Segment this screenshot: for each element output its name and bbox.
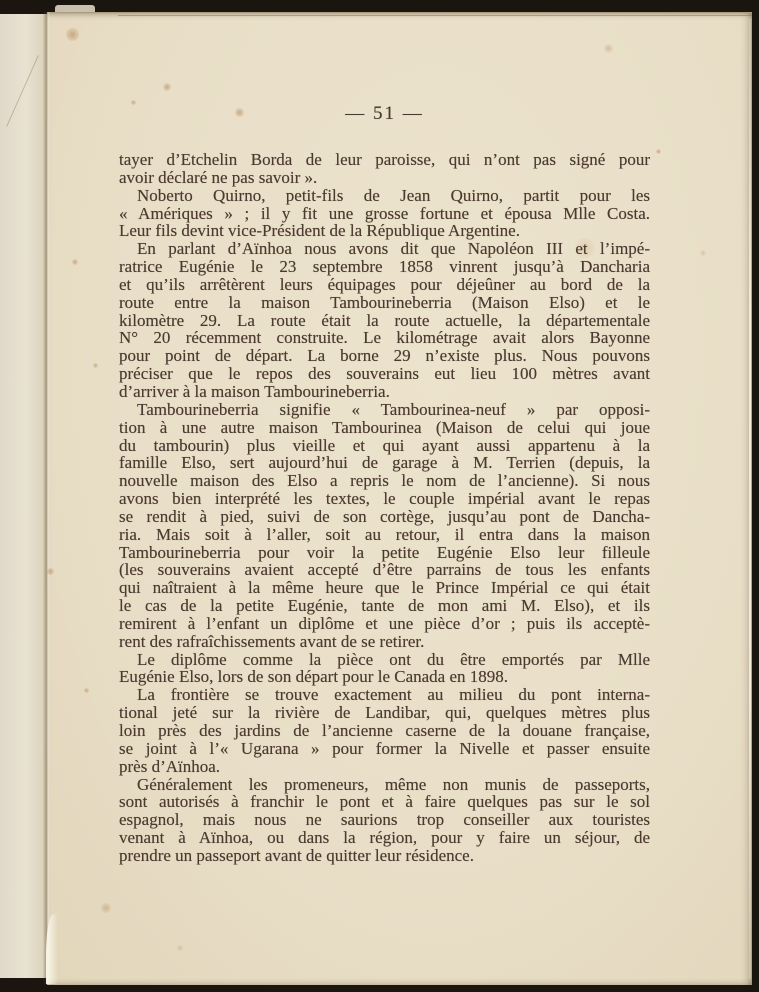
text-line: tayer d’Etchelin Borda de leur paroisse,…: [119, 151, 650, 169]
text-line: venant à Aïnhoa, ou dans la région, pour…: [119, 829, 650, 847]
text-line: Tambourineberria signifie « Tambourinea-…: [119, 401, 650, 419]
text-line: Leur fils devint vice-Président de la Ré…: [119, 222, 650, 240]
text-line: Noberto Quirno, petit-fils de Jean Quirn…: [119, 187, 650, 205]
paragraph: tayer d’Etchelin Borda de leur paroisse,…: [119, 151, 650, 187]
text-line: tional jeté sur la rivière de Landibar, …: [119, 704, 650, 722]
text-line: pour point de départ. La borne 29 n’exis…: [119, 347, 650, 365]
text-line: rent des rafraîchissements avant de se r…: [119, 633, 650, 651]
paragraph: Le diplôme comme la pièce ont du être em…: [119, 651, 650, 687]
page-curl-highlight: [46, 914, 58, 984]
text-line: La frontière se trouve exactement au mil…: [119, 686, 650, 704]
text-line: se joint à l’« Ugarana » pour former la …: [119, 740, 650, 758]
text-line: le cas de la petite Eugénie, tante de mo…: [119, 597, 650, 615]
paragraph: Généralement les promeneurs, même non mu…: [119, 776, 650, 865]
paragraph: Tambourineberria signifie « Tambourinea-…: [119, 401, 650, 651]
page-number: — 51 —: [119, 103, 650, 125]
text-line: du tambourin) plus vieille et qui ayant …: [119, 437, 650, 455]
paragraph: En parlant d’Aïnhoa nous avons dit que N…: [119, 240, 650, 401]
text-line: (les souverains avaient accepté d’être p…: [119, 561, 650, 579]
text-line: sont autorisés à franchir le pont et à f…: [119, 793, 650, 811]
text-line: ria. Mais soit à l’aller, soit au retour…: [119, 526, 650, 544]
text-line: espagnol, mais nous ne saurions trop con…: [119, 811, 650, 829]
text-line: Eugénie Elso, lors de son départ pour le…: [119, 668, 650, 686]
gutter-crease: [43, 12, 51, 985]
text-line: et qu’ils arrêtèrent leurs équipages pou…: [119, 276, 650, 294]
paragraph: La frontière se trouve exactement au mil…: [119, 686, 650, 775]
text-line: ratrice Eugénie le 23 septembre 1858 vin…: [119, 258, 650, 276]
text-line: famille Elso, sert aujourd’hui de garage…: [119, 454, 650, 472]
text-line: Le diplôme comme la pièce ont du être em…: [119, 651, 650, 669]
text-block: tayer d’Etchelin Borda de leur paroisse,…: [119, 151, 650, 865]
text-line: remirent à l’enfant un diplôme et une pi…: [119, 615, 650, 633]
text-line: avons bien interprété les textes, le cou…: [119, 490, 650, 508]
text-line: En parlant d’Aïnhoa nous avons dit que N…: [119, 240, 650, 258]
text-line: se rendit à pied, suivi de son cortège, …: [119, 508, 650, 526]
text-line: prendre un passeport avant de quitter le…: [119, 847, 650, 865]
text-line: nouvelle maison des Elso a repris le nom…: [119, 472, 650, 490]
text-line: Tambourineberria pour voir la petite Eug…: [119, 544, 650, 562]
text-line: Généralement les promeneurs, même non mu…: [119, 776, 650, 794]
text-line: loin près des jardins de l’ancienne case…: [119, 722, 650, 740]
text-line: kilomètre 29. La route était la route ac…: [119, 312, 650, 330]
adjacent-page-edge: [0, 14, 47, 978]
text-line: route entre la maison Tambourineberria (…: [119, 294, 650, 312]
text-line: préciser que le repos des souverains eut…: [119, 365, 650, 383]
text-line: d’arriver à la maison Tambourineberria.: [119, 383, 650, 401]
text-line: « Amériques » ; il y fit une grosse fort…: [119, 205, 650, 223]
paragraph: Noberto Quirno, petit-fils de Jean Quirn…: [119, 187, 650, 241]
text-line: près d’Aïnhoa.: [119, 758, 650, 776]
text-line: avoir déclaré ne pas savoir ».: [119, 169, 650, 187]
text-line: tion à une autre maison Tambourinea (Mai…: [119, 419, 650, 437]
text-line: qui naîtraient à la même heure que le Pr…: [119, 579, 650, 597]
text-line: N° 20 récemment construite. Le kilométra…: [119, 329, 650, 347]
